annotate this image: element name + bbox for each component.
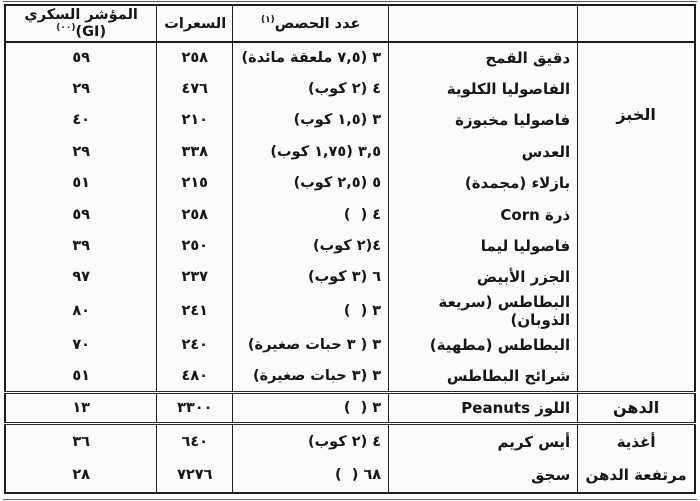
category-cell-fat: الدهن — [578, 392, 695, 423]
header-category-blank — [578, 5, 695, 42]
food-cell: فاصوليا مخبوزة — [389, 105, 578, 136]
food-cell: البطاطس (مطهية) — [389, 329, 578, 360]
servings-cell: ٤(٢ كوب) — [233, 230, 389, 261]
gi-cell: ٥٩ — [5, 42, 157, 73]
servings-cell: ٣,٥ (١,٧٥ كوب) — [233, 136, 389, 167]
scanned-document-page: عدد الحصص(١) السعرات المؤشر السكري (GI)(… — [0, 0, 700, 501]
gi-cell: ٢٩ — [5, 73, 157, 104]
gi-cell: ٩٧ — [5, 262, 157, 293]
food-cell: العدس — [389, 136, 578, 167]
food-cell: شرائح البطاطس — [389, 361, 578, 392]
food-cell: فاصوليا ليما — [389, 230, 578, 261]
gi-cell: ٢٩ — [5, 136, 157, 167]
calories-cell: ٤٧٦ — [157, 73, 233, 104]
header-calories: السعرات — [157, 5, 233, 42]
servings-footnote-mark: (١) — [261, 15, 275, 25]
header-servings-label: عدد الحصص — [275, 16, 361, 32]
food-cell: البطاطس (سريعة الذوبان) — [389, 293, 578, 329]
food-cell: ذرة Corn — [389, 199, 578, 230]
gi-cell: ٥١ — [5, 168, 157, 199]
glycemic-index-table: عدد الحصص(١) السعرات المؤشر السكري (GI)(… — [4, 4, 696, 494]
header-food-blank — [389, 5, 578, 42]
food-cell: دقيق القمح — [389, 42, 578, 73]
table-row: الخبز دقيق القمح ٣ (٧,٥ ملعقة مائدة) ٢٥٨… — [5, 42, 695, 73]
food-cell: الفاصوليا الكلوية — [389, 73, 578, 104]
food-cell: سجق — [389, 458, 578, 493]
food-cell: اللوز Peanuts — [389, 392, 578, 423]
calories-cell: ٢٤٠ — [157, 329, 233, 360]
calories-cell: ٢٥٨ — [157, 42, 233, 73]
gi-cell: ٥١ — [5, 361, 157, 392]
servings-cell: ٤ (٢ كوب) — [233, 424, 389, 459]
gi-cell: ٣٩ — [5, 230, 157, 261]
calories-cell: ٢٥٨ — [157, 199, 233, 230]
food-cell: أيس كريم — [389, 424, 578, 459]
gi-cell: ١٣ — [5, 392, 157, 423]
servings-cell: ٣ (٣ حبات صغيرة) — [233, 361, 389, 392]
category-cell-high-fat-foods: أغذية مرتفعة الدهن — [578, 424, 695, 493]
servings-cell: ٣ ( ٣ حبات صغيرة) — [233, 329, 389, 360]
calories-cell: ٣٣٨ — [157, 136, 233, 167]
servings-cell: ٥ (٢,٥ كوب) — [233, 168, 389, 199]
food-cell: بازلاء (مجمدة) — [389, 168, 578, 199]
header-gi-label: المؤشر السكري (GI) — [24, 7, 137, 40]
category-cell-bread: الخبز — [578, 42, 695, 392]
servings-cell: ٣ ( ) — [233, 293, 389, 329]
servings-cell: ٤ ( ) — [233, 199, 389, 230]
gi-cell: ٥٩ — [5, 199, 157, 230]
servings-cell: ٦٨ ( ) — [233, 458, 389, 493]
servings-cell: ٦ (٣ كوب) — [233, 262, 389, 293]
table-row: الدهن اللوز Peanuts ٣ ( ) ٣٣٠٠ ١٣ — [5, 392, 695, 423]
header-gi: المؤشر السكري (GI)(٠٠) — [5, 5, 157, 42]
calories-cell: ٧٢٧٦ — [157, 458, 233, 493]
calories-cell: ٢١٥ — [157, 168, 233, 199]
gi-cell: ٧٠ — [5, 329, 157, 360]
calories-cell: ٢٥٠ — [157, 230, 233, 261]
calories-cell: ٤٨٠ — [157, 361, 233, 392]
calories-cell: ٢١٠ — [157, 105, 233, 136]
header-servings: عدد الحصص(١) — [233, 5, 389, 42]
calories-cell: ٣٣٠٠ — [157, 392, 233, 423]
header-row: عدد الحصص(١) السعرات المؤشر السكري (GI)(… — [5, 5, 695, 42]
servings-cell: ٣ (١,٥ كوب) — [233, 105, 389, 136]
servings-cell: ٤ (٢ كوب) — [233, 73, 389, 104]
table-frame: عدد الحصص(١) السعرات المؤشر السكري (GI)(… — [3, 1, 697, 500]
food-cell: الجزر الأبيض — [389, 262, 578, 293]
calories-cell: ٦٤٠ — [157, 424, 233, 459]
calories-cell: ٢٣٧ — [157, 262, 233, 293]
gi-cell: ٨٠ — [5, 293, 157, 329]
calories-cell: ٢٤١ — [157, 293, 233, 329]
gi-cell: ٤٠ — [5, 105, 157, 136]
gi-cell: ٣٦ — [5, 424, 157, 459]
table-row: أغذية مرتفعة الدهن أيس كريم ٤ (٢ كوب) ٦٤… — [5, 424, 695, 459]
servings-cell: ٣ ( ) — [233, 392, 389, 423]
gi-footnote-mark: (٠٠) — [56, 23, 75, 33]
gi-cell: ٢٨ — [5, 458, 157, 493]
servings-cell: ٣ (٧,٥ ملعقة مائدة) — [233, 42, 389, 73]
